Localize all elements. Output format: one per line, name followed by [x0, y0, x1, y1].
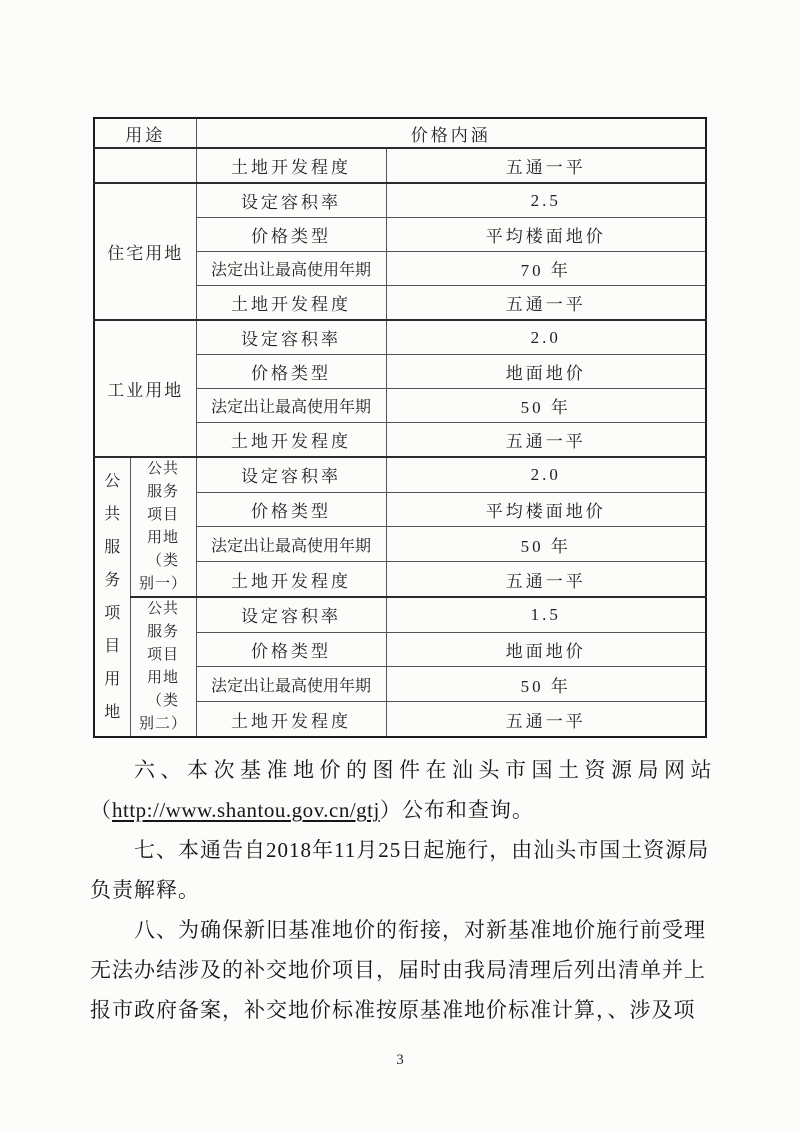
attr-cell: 价格类型 — [196, 218, 386, 252]
value-cell: 五通一平 — [386, 148, 706, 183]
attr-cell: 设定容积率 — [196, 457, 386, 492]
attr-cell: 土地开发程度 — [196, 423, 386, 458]
table-row: 公 共 服 务 项 目 用 地 公共 服务 项目 用地 （类 别一） 设定容积率… — [94, 457, 706, 492]
value-cell: 50 年 — [386, 527, 706, 562]
value-cell: 五通一平 — [386, 702, 706, 737]
table-row: 工业用地 设定容积率 2.0 — [94, 320, 706, 355]
value-cell: 2.0 — [386, 320, 706, 355]
value-cell: 地面地价 — [386, 355, 706, 389]
value-cell: 2.0 — [386, 457, 706, 492]
paragraph-line: 六、本次基准地价的图件在汕头市国土资源局网站 — [90, 750, 712, 790]
paragraph-line: 七、本通告自2018年11月25日起施行，由汕头市国土资源局 — [90, 830, 712, 870]
attr-cell: 价格类型 — [196, 355, 386, 389]
value-cell: 平均楼面地价 — [386, 492, 706, 527]
attr-cell: 法定出让最高使用年期 — [196, 389, 386, 423]
header-price-content: 价格内涵 — [196, 118, 706, 148]
value-cell: 五通一平 — [386, 562, 706, 597]
header-usage: 用途 — [94, 118, 196, 148]
value-cell: 地面地价 — [386, 632, 706, 667]
value-cell: 50 年 — [386, 389, 706, 423]
attr-cell: 土地开发程度 — [196, 148, 386, 183]
usage-cell-public-service-type1: 公共 服务 项目 用地 （类 别一） — [130, 457, 196, 597]
paren-open: （ — [90, 798, 112, 822]
page-number: 3 — [0, 1052, 800, 1069]
value-cell: 五通一平 — [386, 286, 706, 321]
paragraph-item-7: 七、本通告自2018年11月25日起施行，由汕头市国土资源局 负责解释。 — [90, 830, 712, 910]
paragraph-line: 八、为确保新旧基准地价的衔接，对新基准地价施行前受理 — [90, 910, 712, 950]
attr-cell: 价格类型 — [196, 632, 386, 667]
land-price-table: 用途 价格内涵 土地开发程度 五通一平 住宅用地 设定容积率 2.5 价格类型 … — [93, 117, 707, 738]
value-cell: 2.5 — [386, 183, 706, 218]
value-cell: 五通一平 — [386, 423, 706, 458]
attr-cell: 设定容积率 — [196, 597, 386, 632]
paragraph-item-6: 六、本次基准地价的图件在汕头市国土资源局网站 （http://www.shant… — [90, 750, 712, 830]
table-row: 公共 服务 项目 用地 （类 别二） 设定容积率 1.5 — [94, 597, 706, 632]
attr-cell: 法定出让最高使用年期 — [196, 252, 386, 286]
table-row: 住宅用地 设定容积率 2.5 — [94, 183, 706, 218]
attr-cell: 土地开发程度 — [196, 562, 386, 597]
value-cell: 平均楼面地价 — [386, 218, 706, 252]
table-header-row: 用途 价格内涵 — [94, 118, 706, 148]
attr-cell: 法定出让最高使用年期 — [196, 667, 386, 702]
notice-body-text: 六、本次基准地价的图件在汕头市国土资源局网站 （http://www.shant… — [90, 750, 712, 1030]
paragraph-line: 负责解释。 — [90, 870, 712, 910]
website-url-text: http://www.shantou.gov.cn/gtj — [112, 798, 380, 822]
table-row: 土地开发程度 五通一平 — [94, 148, 706, 183]
value-cell: 70 年 — [386, 252, 706, 286]
attr-cell: 设定容积率 — [196, 320, 386, 355]
usage-cell-public-service-type2: 公共 服务 项目 用地 （类 别二） — [130, 597, 196, 737]
attr-cell: 土地开发程度 — [196, 286, 386, 321]
paragraph-line: 无法办结涉及的补交地价项目，届时由我局清理后列出清单并上 — [90, 950, 712, 990]
attr-cell: 设定容积率 — [196, 183, 386, 218]
usage-cell-public-service-outer: 公 共 服 务 项 目 用 地 — [94, 457, 130, 737]
value-cell: 1.5 — [386, 597, 706, 632]
usage-cell-empty — [94, 148, 196, 183]
attr-cell: 法定出让最高使用年期 — [196, 527, 386, 562]
paragraph-line: 报市政府备案，补交地价标准按原基准地价标准计算，、涉及项 — [90, 990, 712, 1030]
paragraph-item-8: 八、为确保新旧基准地价的衔接，对新基准地价施行前受理 无法办结涉及的补交地价项目… — [90, 910, 712, 1030]
value-cell: 50 年 — [386, 667, 706, 702]
attr-cell: 价格类型 — [196, 492, 386, 527]
usage-cell-residential: 住宅用地 — [94, 183, 196, 320]
paragraph-line: （http://www.shantou.gov.cn/gtj）公布和查询。 — [90, 790, 712, 830]
attr-cell: 土地开发程度 — [196, 702, 386, 737]
usage-cell-industrial: 工业用地 — [94, 320, 196, 457]
paren-close-and-text: ）公布和查询。 — [380, 798, 534, 822]
